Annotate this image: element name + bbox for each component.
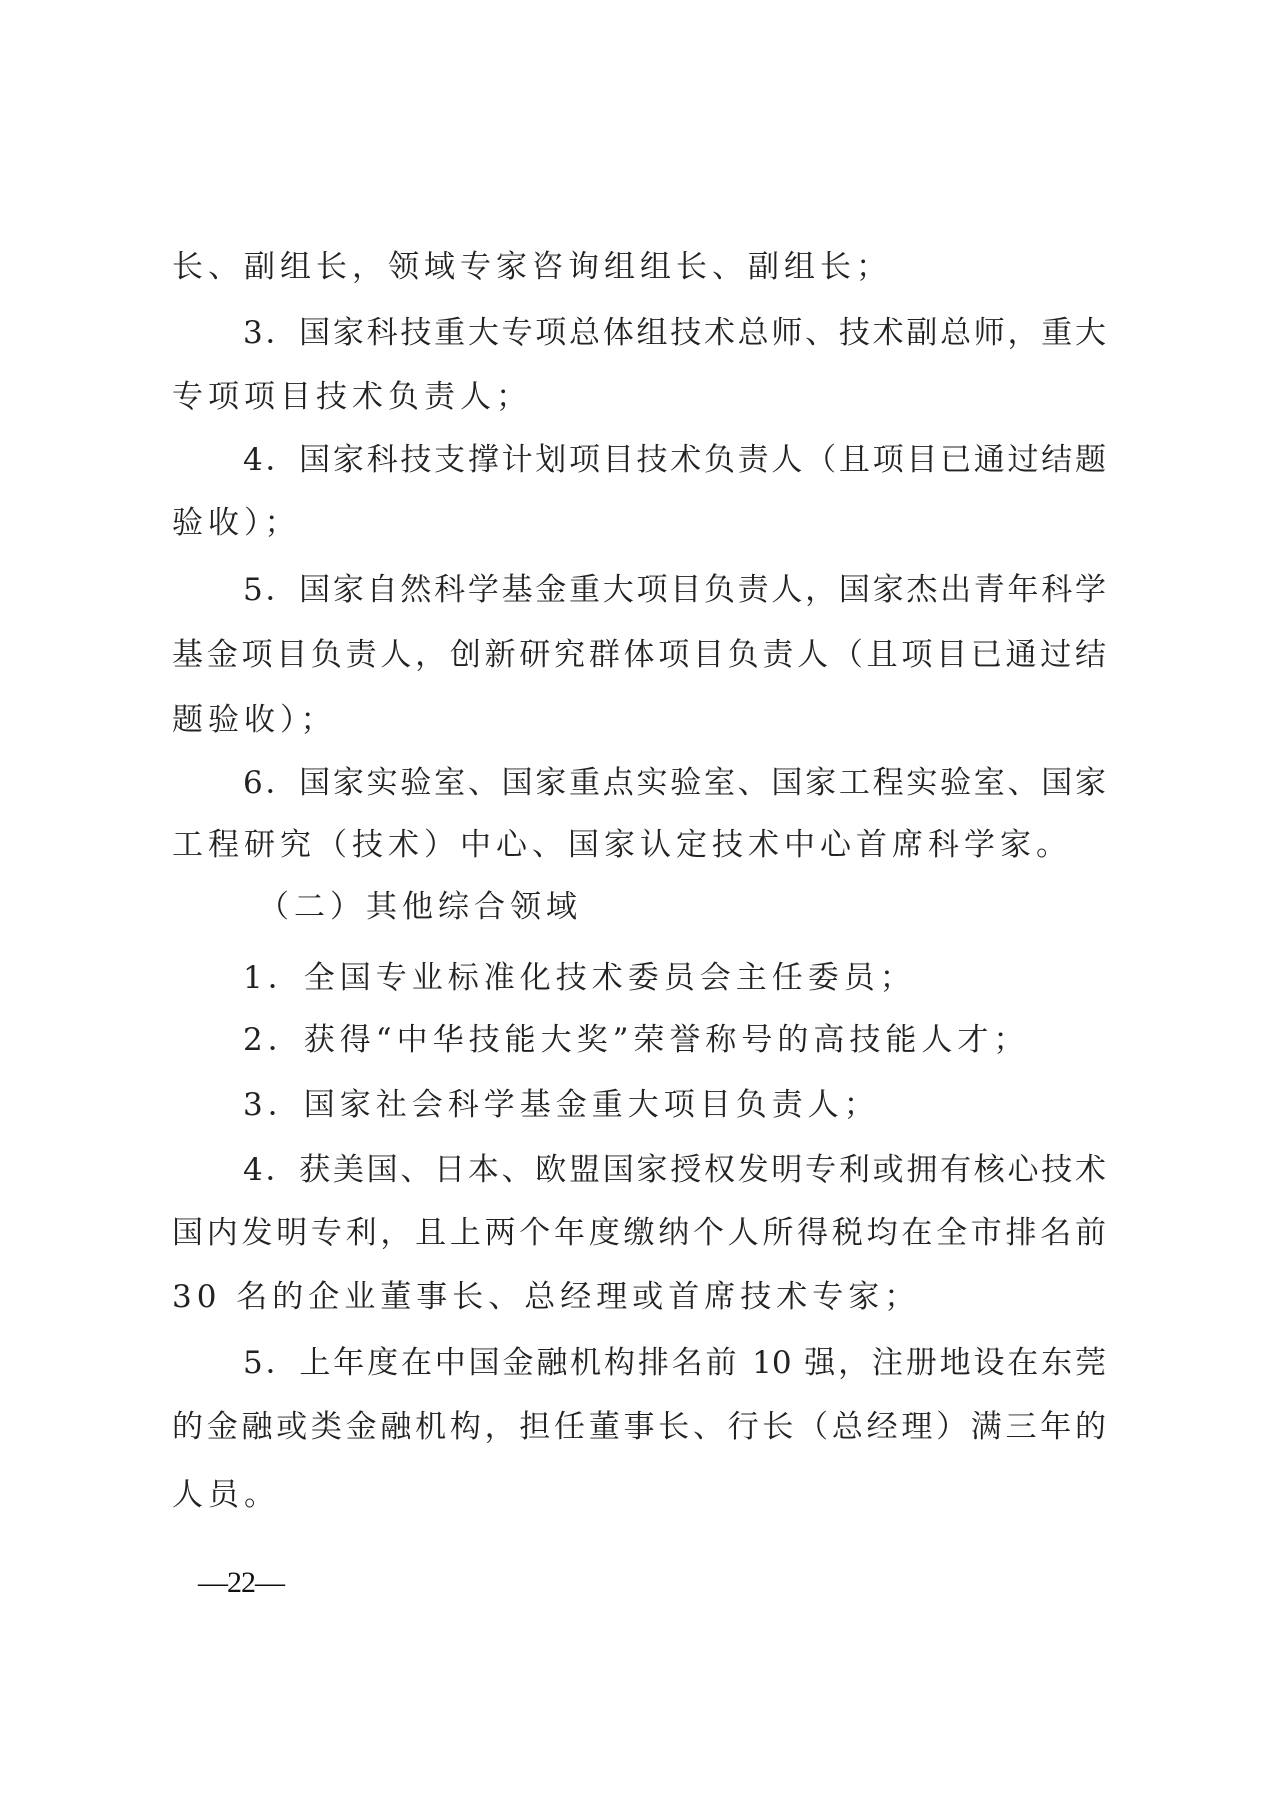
other-item-4-line-2: 国内发明专利，且上两个年度缴纳个人所得税均在全市排名前	[172, 1213, 1106, 1253]
list-item-3-line-1: 3．国家科技重大专项总体组技术总师、技术副总师，重大	[243, 313, 1106, 353]
page-number: —22—	[198, 1565, 284, 1601]
document-page: 长、副组长，领域专家咨询组组长、副组长； 3．国家科技重大专项总体组技术总师、技…	[0, 0, 1280, 1810]
other-item-4-line-1: 4．获美国、日本、欧盟国家授权发明专利或拥有核心技术	[243, 1150, 1106, 1190]
list-item-6-line-1: 6．国家实验室、国家重点实验室、国家工程实验室、国家	[243, 763, 1106, 803]
other-item-5-line-1: 5．上年度在中国金融机构排名前 10 强，注册地设在东莞	[243, 1343, 1106, 1383]
other-item-5-line-2: 的金融或类金融机构，担任董事长、行长（总经理）满三年的	[172, 1407, 1106, 1447]
list-item-5-line-1: 5．国家自然科学基金重大项目负责人，国家杰出青年科学	[243, 570, 1106, 610]
text-line-continuation: 长、副组长，领域专家咨询组组长、副组长；	[172, 247, 1106, 287]
other-item-1: 1．全国专业标准化技术委员会主任委员；	[243, 958, 1106, 998]
other-item-3: 3．国家社会科学基金重大项目负责人；	[243, 1085, 1106, 1125]
list-item-5-line-2: 基金项目负责人，创新研究群体项目负责人（且项目已通过结	[172, 635, 1106, 675]
list-item-3-line-2: 专项项目技术负责人；	[172, 377, 1106, 417]
list-item-4-line-1: 4．国家科技支撑计划项目技术负责人（且项目已通过结题	[243, 440, 1106, 480]
list-item-4-line-2: 验收）；	[172, 503, 1106, 543]
section-heading-other-fields: （二）其他综合领域	[258, 887, 1106, 927]
other-item-2: 2．获得“中华技能大奖”荣誉称号的高技能人才；	[243, 1020, 1106, 1060]
other-item-4-line-3: 30 名的企业董事长、总经理或首席技术专家；	[172, 1277, 1106, 1317]
list-item-5-line-3: 题验收）；	[172, 700, 1106, 740]
list-item-6-line-2: 工程研究（技术）中心、国家认定技术中心首席科学家。	[172, 825, 1106, 865]
other-item-5-line-3: 人员。	[172, 1475, 1106, 1515]
